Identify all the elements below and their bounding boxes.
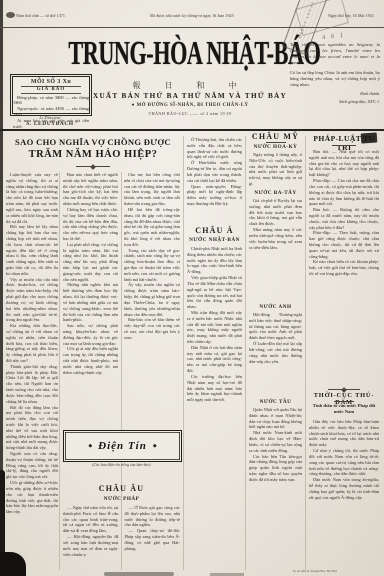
quote-vietnamese: Có ba sự đẹp lòng Chúa: là anh em hòa th… <box>290 70 380 88</box>
director-credit: Le Directeur S. LEDUYBACH <box>12 115 88 127</box>
article-column-1: Luận-thuyết xưa nay về nghĩa vợ chồng, t… <box>6 172 58 568</box>
quote-source: Kinh thánh. <box>290 91 380 97</box>
ink-smudge <box>361 132 378 143</box>
paragraph: Gần đây các báo bên Pháp bàn-luận nhiều … <box>309 419 379 448</box>
paragraph: Dân Nhật ở các hải-đảo năm nay mất mùa c… <box>187 345 242 374</box>
paragraph: Phúc-đáp: — Theo luật, ruộng cầm bao giờ… <box>309 230 379 259</box>
ornament-divider <box>76 166 110 167</box>
paragraph: Trong các sách dạy về gia-chánh, sách nà… <box>124 248 180 283</box>
header-rule <box>266 142 286 143</box>
section-header-asia: CHÂU Á <box>187 226 242 235</box>
paragraph: Luận-thuyết xưa nay về nghĩa vợ chồng, t… <box>6 172 58 224</box>
section-header-america: CHÂU MỸ <box>249 132 302 141</box>
paragraph: Chồng hay cờ bạc rượu chè, vợ hay lắm đi… <box>63 207 118 242</box>
paragraph: Đông-pháp: cả năm 3$00 — sáu tháng 1$60 <box>13 95 89 107</box>
paragraph: Vậy ai muốn cho cửa nhà được thuận-hòa, … <box>6 277 58 324</box>
article-column-3: Cha mẹ hai bên cũng chớ nên vì chút của-… <box>124 172 180 426</box>
paragraph: Ước gì ai nấy đều hiểu nghĩa cao trọng ấ… <box>63 346 118 375</box>
paragraph: Thánh giáo-hội dạy rằng: phép hôn-phối l… <box>6 364 58 405</box>
paragraph: Cha mẹ hai bên cũng chớ nên vì chút của-… <box>124 172 180 207</box>
publication-schedule: XUẤT BẢN THỨ BA THỨ NĂM VÀ THỨ BẢY <box>70 92 310 100</box>
pencil-mark: 4 6 1 <box>322 32 346 42</box>
article-column-2: Bạn nào chưa biết rõ người mình sắp kết … <box>63 172 118 426</box>
paragraph: Dân nước Nam vốn trọng ân-nghĩa, hễ thấy… <box>309 477 379 500</box>
telegram-news: — Ngày thứ năm vừa rồi, tại thành-phố Pa… <box>63 505 180 568</box>
telegram-box: ◆ Điện Tín ◆ <box>63 430 182 462</box>
subscription-title: GIÁ BÁO <box>21 86 81 94</box>
column-rule <box>245 136 246 570</box>
column-rule <box>183 136 184 570</box>
paragraph: Nhà nước Nam-kinh mới định dời kho bạc v… <box>249 430 302 453</box>
paragraph: — Ngày thứ năm vừa rồi, tại thành-phố Pa… <box>63 505 119 534</box>
paragraph: Lại phải nhớ rằng: vợ chồng là nghĩa tră… <box>63 242 118 283</box>
paragraph: Một trận động đất mới xẩy ra ở miền bắc … <box>187 310 242 345</box>
newspaper-title: TRUNG-HÒA NHẬT-BÁO <box>68 34 281 72</box>
paragraph: Ở Luân-đôn thợ mỏ lại sắp bãi-công; các … <box>249 341 302 364</box>
news-brazil: Giá cà-phê ở Ba-tây lại sụt xuống; nhà n… <box>249 198 302 301</box>
subsection-china: NƯỚC TẦU <box>249 399 302 405</box>
paragraph: Mùa màng năm nay ở các miền nhà-quê cũng… <box>249 227 302 250</box>
column-rule <box>59 172 60 570</box>
paragraph: Ước gì những điều sơ-lược trên nầy giúp … <box>6 480 58 515</box>
editorial-subtitle: Tình thần tổ vấn nước Pháp đối nước Nam <box>311 403 377 415</box>
subsection-france: NƯỚC PHÁP <box>63 496 180 502</box>
section-header-europe: CHÂU ÂU <box>63 484 180 493</box>
paragraph: — Quan thủy-sư đô-đốc Pháp sắp sang tuần… <box>125 528 181 551</box>
paragraph: Người xưa có câu rằng: thuận vợ thuận ch… <box>6 451 58 480</box>
paragraph: — Ở Paris giá gạo cùng các đồ thực-phẩm … <box>125 505 181 528</box>
paragraph: Quân Nhật với quân Tầu lại đánh nhau ở m… <box>249 407 302 430</box>
quote-source-ref: Sách giảng-đạo, XXV, 1. <box>290 99 380 105</box>
director-name: S. LEDUYBACH <box>12 121 88 127</box>
telegram-intro: (Các bản điện-tín riêng của bản-báo) <box>63 463 180 467</box>
ink-smudge <box>104 572 174 576</box>
chinese-title: 報 日 和 中 <box>95 80 285 91</box>
paragraph: Bởi đó các đấng làm cha mẹ phải liệu cho… <box>6 405 58 452</box>
paragraph: Ở Thượng-hải, tầu chiến các nước vẫn đậu… <box>187 137 242 160</box>
column-rule <box>305 136 306 570</box>
paragraph: Phúc-đáp: — Của cải cha mẹ đã chia cho c… <box>309 178 379 207</box>
paragraph: Kìa những nhà đạo-đức, vợ chồng ăn ở với… <box>6 323 58 364</box>
paragraph: Các trường đại-học bên Nhật năm nay số h… <box>187 374 242 403</box>
news-column-4-bottom: Chính-phủ Nhật mới hạ lệnh đóng thêm nhi… <box>187 246 242 568</box>
telegram-title: Điện Tín <box>98 440 147 452</box>
paragraph: Những nhà nghèo khó mà biết thương yêu đ… <box>63 282 118 323</box>
paragraph: Bản hỏi: — Nhà quê tôi có một người anh … <box>309 149 379 178</box>
paragraph: Đời nay lắm kẻ lấy nhau chẳng kịp hỏi ha… <box>6 224 58 276</box>
paragraph: Bản-báo còn sẽ bàn thêm về việc dạy-dỗ c… <box>124 317 180 340</box>
headline-line-2: TRĂM NĂM HẢO HIỆP? <box>6 149 180 160</box>
paragraph: Ngày mồng 2 tháng nầy, ở Nữu-Ước có cuộc… <box>249 152 302 187</box>
news-china: Quân Nhật với quân Tầu lại đánh nhau ở m… <box>249 407 302 568</box>
paragraph: Bạn nào chưa biết rõ người mình sắp kết … <box>63 172 118 207</box>
imprint-line: In tại nhà in Trung-Hòa, Hà-Nội <box>250 569 380 573</box>
subsection-japan: NƯỚC NHẬT-BẢN <box>187 237 242 243</box>
paragraph: Ấy vậy, muốn cho nghĩa vợ chồng được tră… <box>124 282 180 317</box>
editorial-text: Gần đây các báo bên Pháp bàn-luận nhiều … <box>309 419 379 567</box>
headline-line-1: SAO CHO NGHĨA VỢ CHỒNG ĐƯỢC <box>6 137 180 147</box>
subsection-england: NƯỚC ANH <box>249 304 302 310</box>
header-rule <box>332 145 356 146</box>
director-label: Le Directeur <box>12 115 88 120</box>
paragraph: Ở Hán-khẩu nước sông Dương-tử lên to, dâ… <box>187 160 242 183</box>
news-column-4-top: Ở Thượng-hải, tầu chiến các nước vẫn đậu… <box>187 137 242 224</box>
paragraph: Việc giao-thiệp giữa Nhật và Tầu về đất … <box>187 275 242 310</box>
paragraph: Hội-đồng Thượng-nghị mới bàn việc thuế n… <box>249 312 302 341</box>
paragraph: Kẻ nào chưa hiểu rõ các khoản phép-luật,… <box>309 259 379 276</box>
news-england: Hội-đồng Thượng-nghị mới bàn việc thuế n… <box>249 312 302 396</box>
price-box: MỖI SỐ 3 Xu GIÁ BÁO Đông-pháp: cả năm 3$… <box>12 76 90 114</box>
subsection-brazil: NƯỚC BA-TÂY <box>249 190 302 196</box>
news-usa: Ngày mồng 2 tháng nầy, ở Nữu-Ước có cuộc… <box>249 152 302 188</box>
paragraph: — Hội-đồng nguyên-lão đã xét xong bản lu… <box>63 534 119 557</box>
diamond-ornament-icon: ◆ <box>153 443 157 449</box>
paragraph: Chính-phủ Nhật mới hạ lệnh đóng thêm nhi… <box>187 246 242 275</box>
newspaper-page: Năm thứ chín — số thứ 1371 Đã được nhà n… <box>0 0 384 576</box>
paragraph: Cứ như ý chúng tôi, thì nước Pháp đối vớ… <box>309 448 379 477</box>
paragraph: Các báo bên Tầu kêu-gọi dân-chúng đồng l… <box>249 454 302 483</box>
law-qa-text: Bản hỏi: — Nhà quê tôi có một người anh … <box>309 149 379 387</box>
subsection-usa: NƯỚC HOA-KỲ <box>249 144 302 150</box>
registry-line: THÀNH BÁO-LỤC —— số 2 năm 19 29 <box>90 111 290 116</box>
price-per-issue: MỖI SỐ 3 Xu <box>13 79 89 85</box>
paragraph: Sau nữa, vợ chồng phải năng khuyên-bảo n… <box>63 323 118 346</box>
lead-article-headline: SAO CHO NGHĨA VỢ CHỒNG ĐƯỢC TRĂM NĂM HẢO… <box>6 137 180 160</box>
header-rule <box>334 401 354 402</box>
motto-line: ● MỞ ĐƯỜNG SĨ-NHÂN, ĐI THEO CHÂN-LÝ <box>90 103 290 108</box>
paragraph: Bản hỏi: — Ruộng tôi cầm cho người ta đã… <box>309 207 379 230</box>
ornament-divider <box>328 389 360 390</box>
diamond-ornament-icon: ◆ <box>88 443 92 449</box>
paragraph: Giá cà-phê ở Ba-tây lại sụt xuống; nhà n… <box>249 198 302 227</box>
paragraph: Hễ hai bên đã trông-cậy nhau, thì dù gặp… <box>124 207 180 248</box>
paragraph: Quan toàn-quyền Đông-pháp mới ký nghị-đị… <box>187 184 242 207</box>
